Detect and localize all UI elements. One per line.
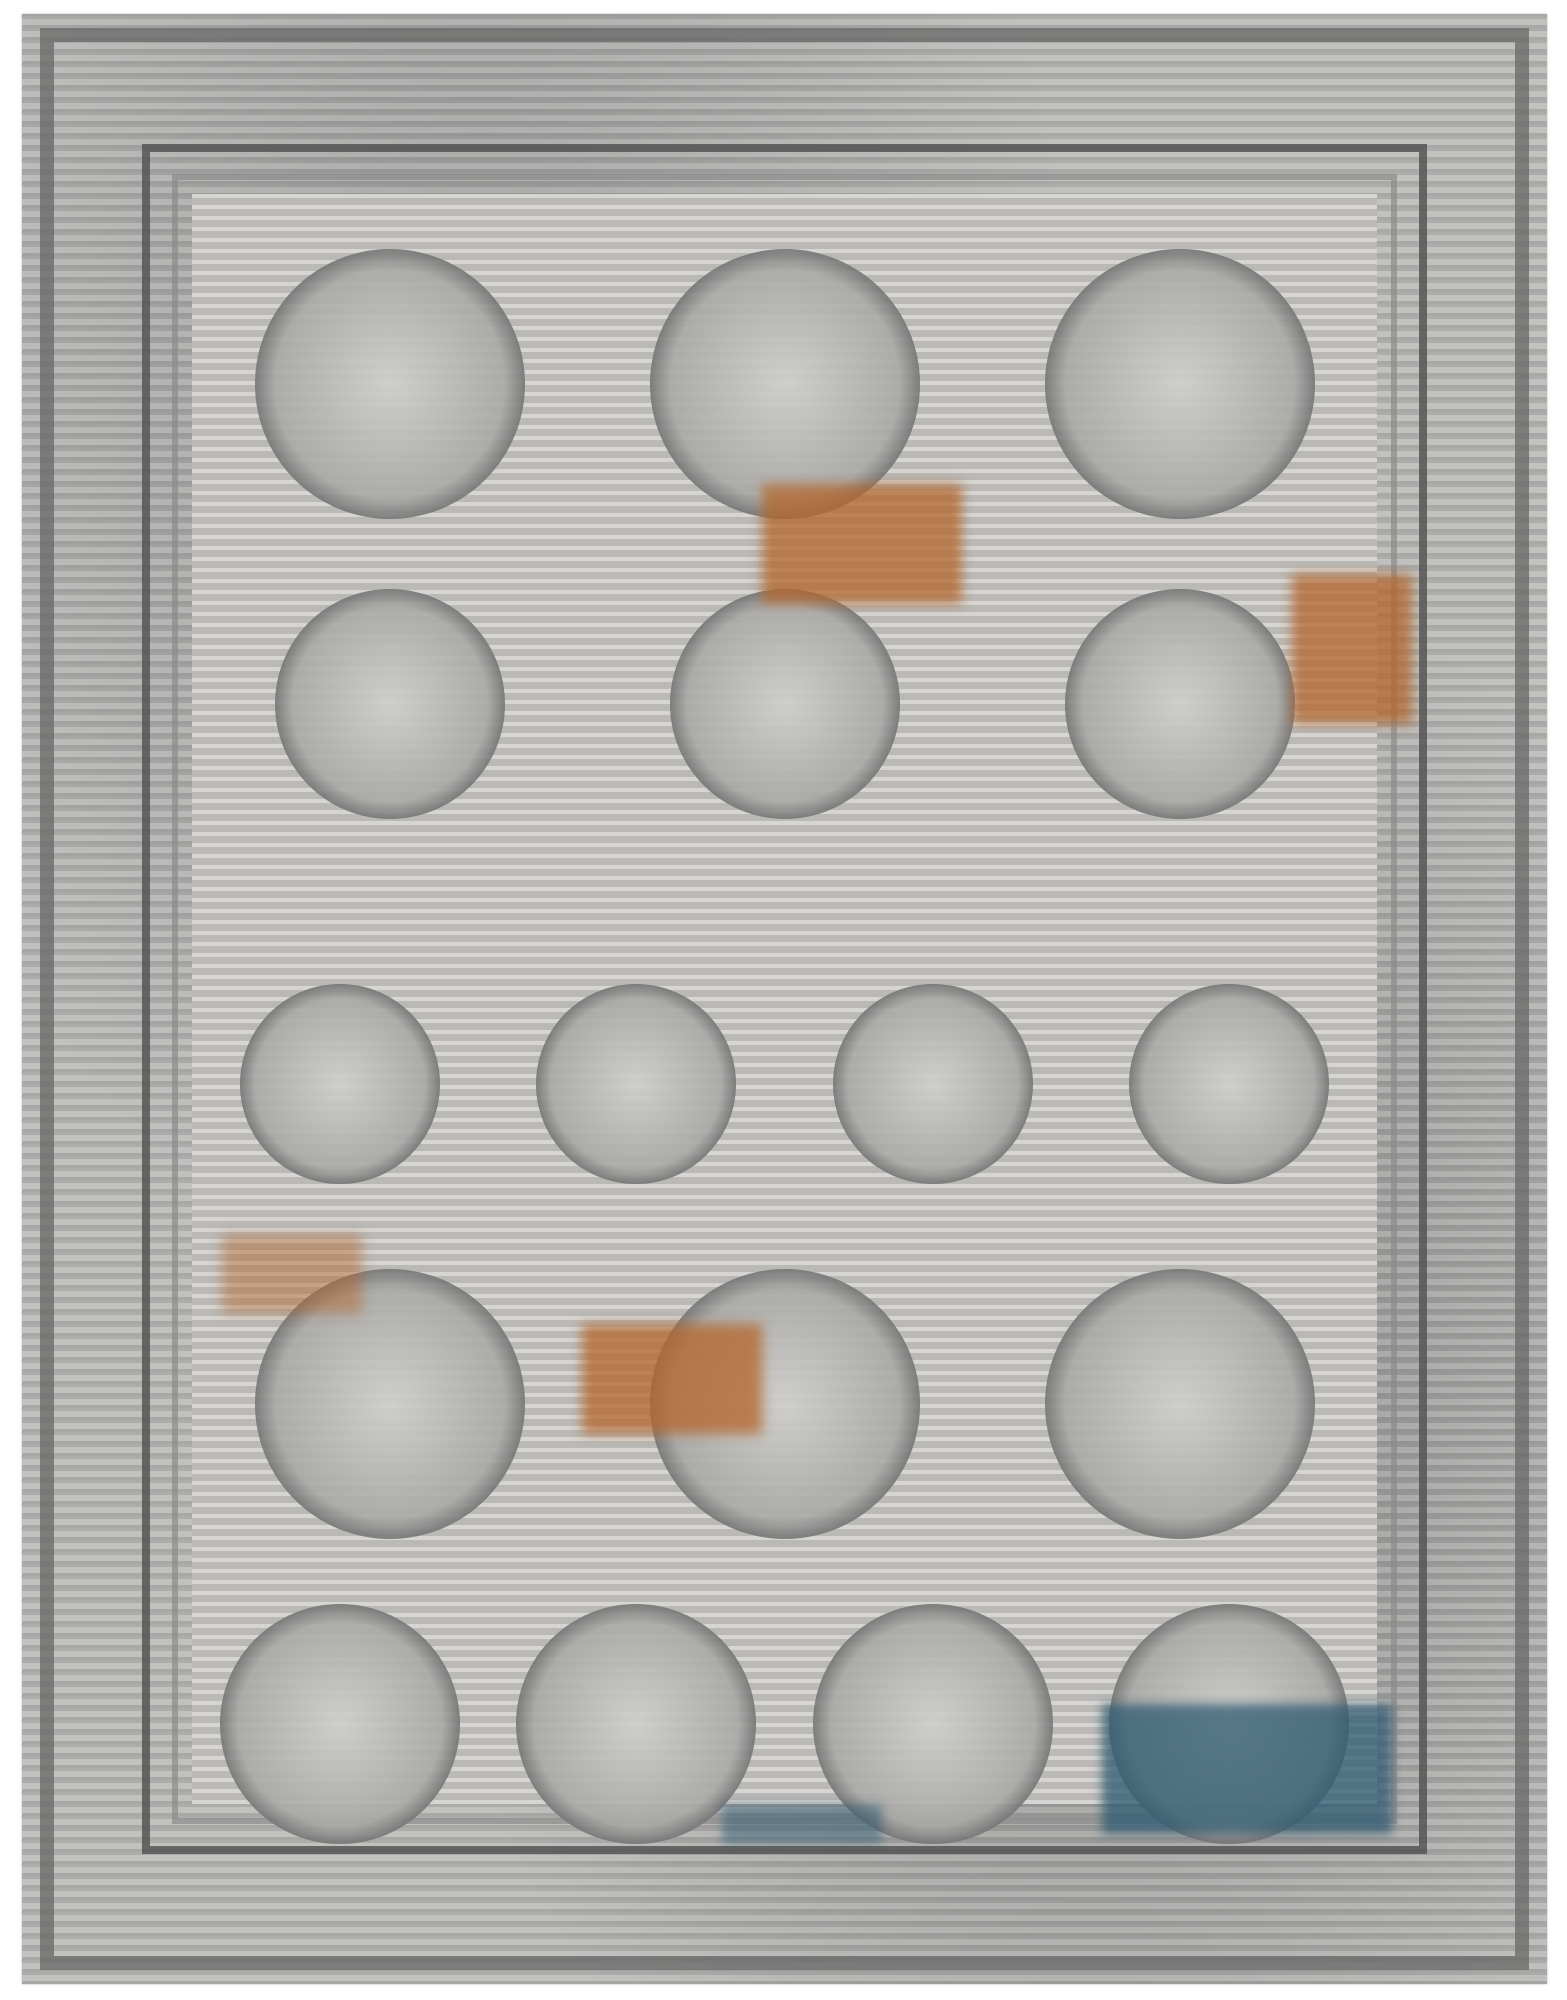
- rust-accent: [1292, 574, 1412, 724]
- medallion: [1065, 589, 1295, 819]
- upper-medallion-row: [192, 614, 1377, 794]
- rust-accent: [222, 1234, 362, 1314]
- medallion: [1045, 1269, 1315, 1539]
- teal-accent: [1102, 1704, 1392, 1834]
- teal-accent: [722, 1804, 882, 1844]
- medallion: [536, 984, 736, 1184]
- rust-accent: [762, 484, 962, 604]
- medallion: [255, 249, 525, 519]
- medallion: [1045, 249, 1315, 519]
- medallion: [240, 984, 440, 1184]
- middle-medallion-row: [192, 934, 1377, 1234]
- medallion: [670, 589, 900, 819]
- medallion: [1129, 984, 1329, 1184]
- medallion: [516, 1604, 756, 1844]
- lower-medallion-row: [192, 1254, 1377, 1554]
- medallion: [220, 1604, 460, 1844]
- rust-accent: [582, 1324, 762, 1434]
- rug-field: [192, 194, 1377, 1804]
- medallion: [275, 589, 505, 819]
- rug-photo: [22, 14, 1547, 1984]
- medallion: [650, 249, 920, 519]
- medallion: [833, 984, 1033, 1184]
